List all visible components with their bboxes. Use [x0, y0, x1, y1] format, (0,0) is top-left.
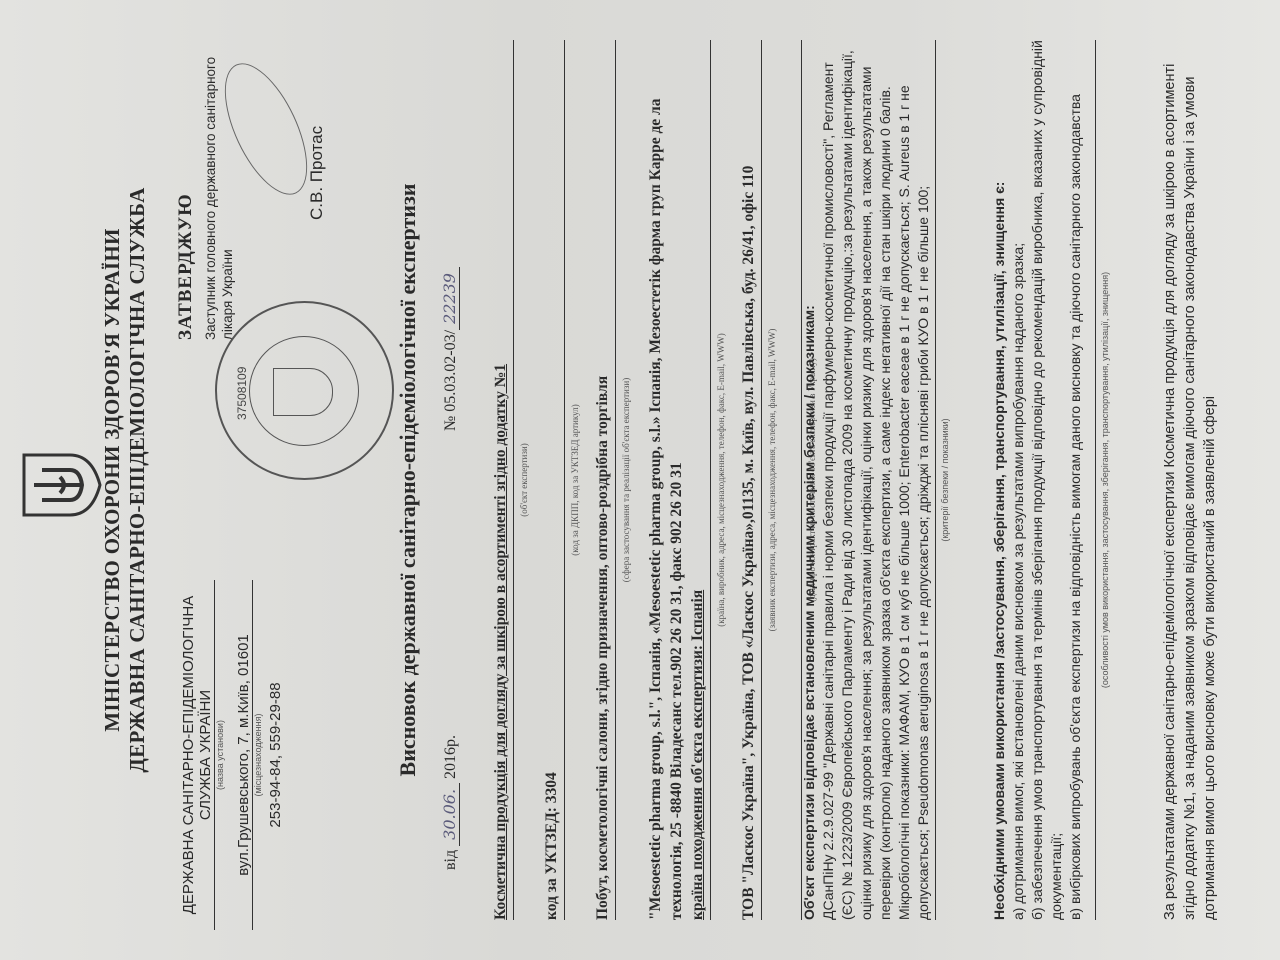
criteria-caption: (критерії безпеки / показники): [936, 40, 955, 920]
approver-name: С.В. Протас: [307, 20, 327, 220]
expertise-conclusion-page: МІНІСТЕРСТВО ОХОРОНИ ЗДОРОВ'Я УКРАЇНИ ДЕ…: [0, 0, 1280, 960]
coat-of-arms-icon: [20, 450, 102, 520]
criteria-text: ДСанПіНу 2.2.9.027-99 "Державні санітарн…: [819, 40, 933, 920]
code-caption: (код за ДКПП, код за УКТЗЕД артикул): [565, 40, 586, 920]
institution-block: ДЕРЖАВНА САНІТАРНО-ЕПІДЕМІОЛОГІЧНА СЛУЖБ…: [180, 580, 284, 930]
conditions-lead: Необхідними умовами використання /застос…: [990, 40, 1009, 920]
scope-caption: (сфера застосування та реалізації об'єкт…: [616, 40, 637, 920]
official-stamp: 37508109: [215, 301, 394, 480]
applicant-caption: (заявник експертизи, адреса, місцезнаход…: [762, 40, 783, 920]
conditions-caption: (особливості умов використання, застосув…: [1096, 40, 1115, 920]
object-value: Косметична продукція для догляду за шкір…: [490, 40, 511, 920]
approval-heading: ЗАТВЕРДЖУЮ: [175, 20, 197, 340]
ministry-name: МІНІСТЕРСТВО ОХОРОНИ ЗДОРОВ'Я УКРАЇНИ: [100, 0, 125, 960]
institution-name: ДЕРЖАВНА САНІТАРНО-ЕПІДЕМІОЛОГІЧНА: [180, 580, 197, 930]
origin-value: країна походження об'єкта експертизи: Іс…: [687, 40, 708, 920]
conclusion-text: За результатами державної санітарно-епід…: [1160, 40, 1220, 920]
manufacturer-value: "Mesoestetic pharma group, s.l.", Іспані…: [645, 40, 687, 920]
scope-value: Побут, косметологічні салони, згідно при…: [592, 40, 613, 920]
object-field: Косметична продукція для догляду за шкір…: [490, 40, 823, 920]
conditions-block: Необхідними умовами використання /застос…: [990, 40, 1115, 920]
address-caption: (місцезнаходження): [253, 580, 263, 930]
conclusion-block: За результатами державної санітарно-епід…: [1160, 40, 1220, 920]
stamp-code: 37508109: [235, 367, 249, 420]
institution-caption: (назва установи): [215, 580, 225, 930]
condition-item-c: в) вибіркових випробувань об'єкта експер…: [1066, 40, 1085, 920]
institution-name-2: СЛУЖБА УКРАЇНИ: [197, 580, 215, 930]
criteria-lead: Об'єкт експертизи відповідає встановлени…: [800, 40, 819, 920]
object-caption: (об'єкт експертизи): [514, 40, 535, 920]
code-value: код за УКТЗЕД: 3304: [541, 40, 562, 920]
criteria-block: Об'єкт експертизи відповідає встановлени…: [800, 40, 955, 920]
date-number-line: від 30.06. 2016р. № 05.03.02-03/22239: [440, 70, 460, 870]
trident-icon: [273, 368, 333, 416]
document-photo: МІНІСТЕРСТВО ОХОРОНИ ЗДОРОВ'Я УКРАЇНИ ДЕ…: [0, 0, 1280, 960]
institution-address: вул.Грушевського, 7, м.Київ, 01601: [235, 580, 253, 930]
condition-item-b: б) забезпечення умов транспортування та …: [1028, 40, 1066, 920]
service-name: ДЕРЖАВНА САНІТАРНО-ЕПІДЕМІОЛОГІЧНА СЛУЖБ…: [125, 0, 150, 960]
condition-item-a: а) дотримання вимог, які встановлені дан…: [1009, 40, 1028, 920]
handwritten-number: 22239: [440, 267, 460, 330]
number-prefix: № 05.03.02-03/: [442, 330, 459, 431]
date-year: 2016р.: [442, 735, 459, 779]
date-prefix: від: [442, 850, 459, 870]
institution-phones: 253-94-84, 559-29-88: [267, 580, 284, 930]
handwritten-date: 30.06.: [440, 783, 460, 846]
applicant-value: ТОВ "Ласкос Україна", Україна, ТОВ «Ласк…: [738, 40, 759, 920]
manufacturer-caption: (країна, виробник, адреса, місцезнаходже…: [711, 40, 732, 920]
document-title: Висновок державної санітарно-епідеміолог…: [395, 0, 421, 960]
